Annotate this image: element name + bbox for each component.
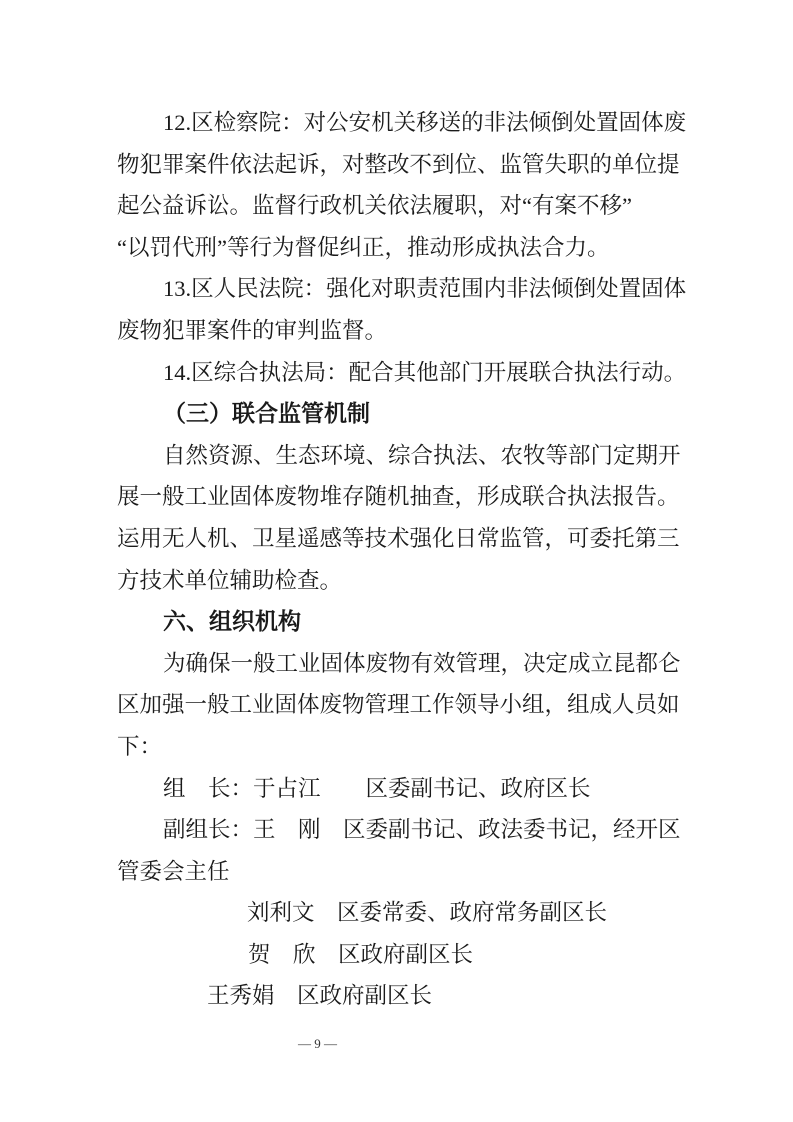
text-line: 方技术单位辅助检查。 [117,560,679,602]
text-line: 贺 欣 区政府副区长 [117,934,679,976]
text-line: 自然资源、生态环境、综合执法、农牧等部门定期开 [117,435,679,477]
text-line: 废物犯罪案件的审判监督。 [117,310,679,352]
text-line: 为确保一般工业固体废物有效管理，决定成立昆都仑 [117,643,679,685]
text-line: 展一般工业固体废物堆存随机抽查，形成联合执法报告。 [117,476,679,518]
text-line: 14.区综合执法局：配合其他部门开展联合执法行动。 [117,352,679,394]
subsection-heading: （三）联合监管机制 [117,393,679,435]
text-line: 管委会主任 [117,851,679,893]
section-heading: 六、组织机构 [117,601,679,643]
page-number: — 9 — [298,1036,337,1052]
text-line: 起公益诉讼。监督行政机关依法履职，对“有案不移” [117,185,679,227]
text-line: 副组长：王 刚 区委副书记、政法委书记，经开区 [117,809,679,851]
text-line: 物犯罪案件依法起诉，对整改不到位、监管失职的单位提 [117,144,679,186]
page: { "page": { "number": "— 9 —", "backgrou… [0,0,793,1122]
text-line: “以罚代刑”等行为督促纠正，推动形成执法合力。 [117,227,679,269]
text-line: 刘利文 区委常委、政府常务副区长 [117,892,679,934]
text-line: 12.区检察院：对公安机关移送的非法倾倒处置固体废 [117,102,679,144]
text-line: 区加强一般工业固体废物管理工作领导小组，组成人员如 [117,684,679,726]
text-line: 13.区人民法院：强化对职责范围内非法倾倒处置固体 [117,268,679,310]
document-body: 12.区检察院：对公安机关移送的非法倾倒处置固体废物犯罪案件依法起诉，对整改不到… [117,102,679,1017]
document-page: 12.区检察院：对公安机关移送的非法倾倒处置固体废物犯罪案件依法起诉，对整改不到… [0,0,793,1122]
text-line: 运用无人机、卫星遥感等技术强化日常监管，可委托第三 [117,518,679,560]
text-line: 组 长：于占江 区委副书记、政府区长 [117,768,679,810]
text-line: 王秀娟 区政府副区长 [117,975,679,1017]
text-line: 下： [117,726,679,768]
